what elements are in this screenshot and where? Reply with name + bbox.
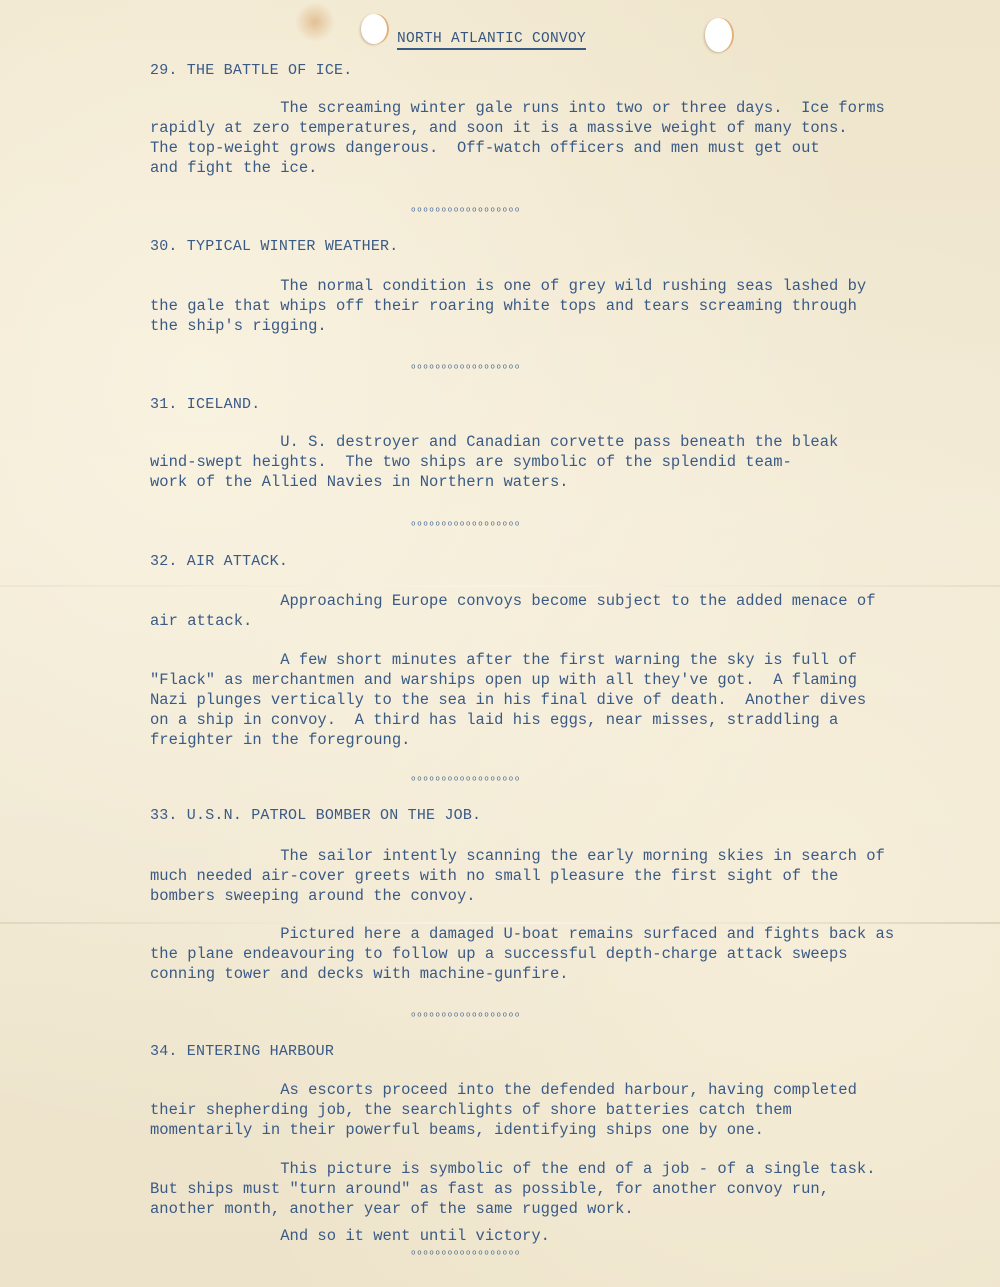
section-33-paragraph-1: The sailor intently scanning the early m… [150,846,885,906]
section-34-paragraph-1: As escorts proceed into the defended har… [150,1080,857,1140]
section-34-closing-line: And so it went until victory. [150,1226,550,1246]
section-32-paragraph-1: Approaching Europe convoys become subjec… [150,591,876,631]
punch-hole-left [361,14,387,44]
rust-stain [295,2,335,42]
separator-dots: ₒₒₒₒₒₒₒₒₒₒₒₒₒₒₒₒₒₒ [410,1246,520,1258]
separator-dots: ₒₒₒₒₒₒₒₒₒₒₒₒₒₒₒₒₒₒ [410,1008,520,1020]
section-31-paragraph: U. S. destroyer and Canadian corvette pa… [150,432,838,492]
separator-dots: ₒₒₒₒₒₒₒₒₒₒₒₒₒₒₒₒₒₒ [410,772,520,784]
section-heading-34: 34. ENTERING HARBOUR [150,1043,334,1060]
section-heading-29: 29. THE BATTLE OF ICE. [150,62,352,79]
section-heading-32: 32. AIR ATTACK. [150,553,288,570]
punch-hole-right [705,18,732,52]
section-30-paragraph: The normal condition is one of grey wild… [150,276,866,336]
section-34-paragraph-2: This picture is symbolic of the end of a… [150,1159,876,1219]
section-heading-31: 31. ICELAND. [150,396,260,413]
separator-dots: ₒₒₒₒₒₒₒₒₒₒₒₒₒₒₒₒₒₒ [410,203,520,215]
separator-dots: ₒₒₒₒₒₒₒₒₒₒₒₒₒₒₒₒₒₒ [410,517,520,529]
section-33-paragraph-2: Pictured here a damaged U-boat remains s… [150,924,894,984]
paper-crease [0,585,1000,587]
section-heading-33: 33. U.S.N. PATROL BOMBER ON THE JOB. [150,807,481,824]
section-32-paragraph-2: A few short minutes after the first warn… [150,650,866,750]
section-heading-30: 30. TYPICAL WINTER WEATHER. [150,238,398,255]
section-29-paragraph: The screaming winter gale runs into two … [150,98,885,178]
separator-dots: ₒₒₒₒₒₒₒₒₒₒₒₒₒₒₒₒₒₒ [410,360,520,372]
document-title: NORTH ATLANTIC CONVOY [397,31,586,50]
